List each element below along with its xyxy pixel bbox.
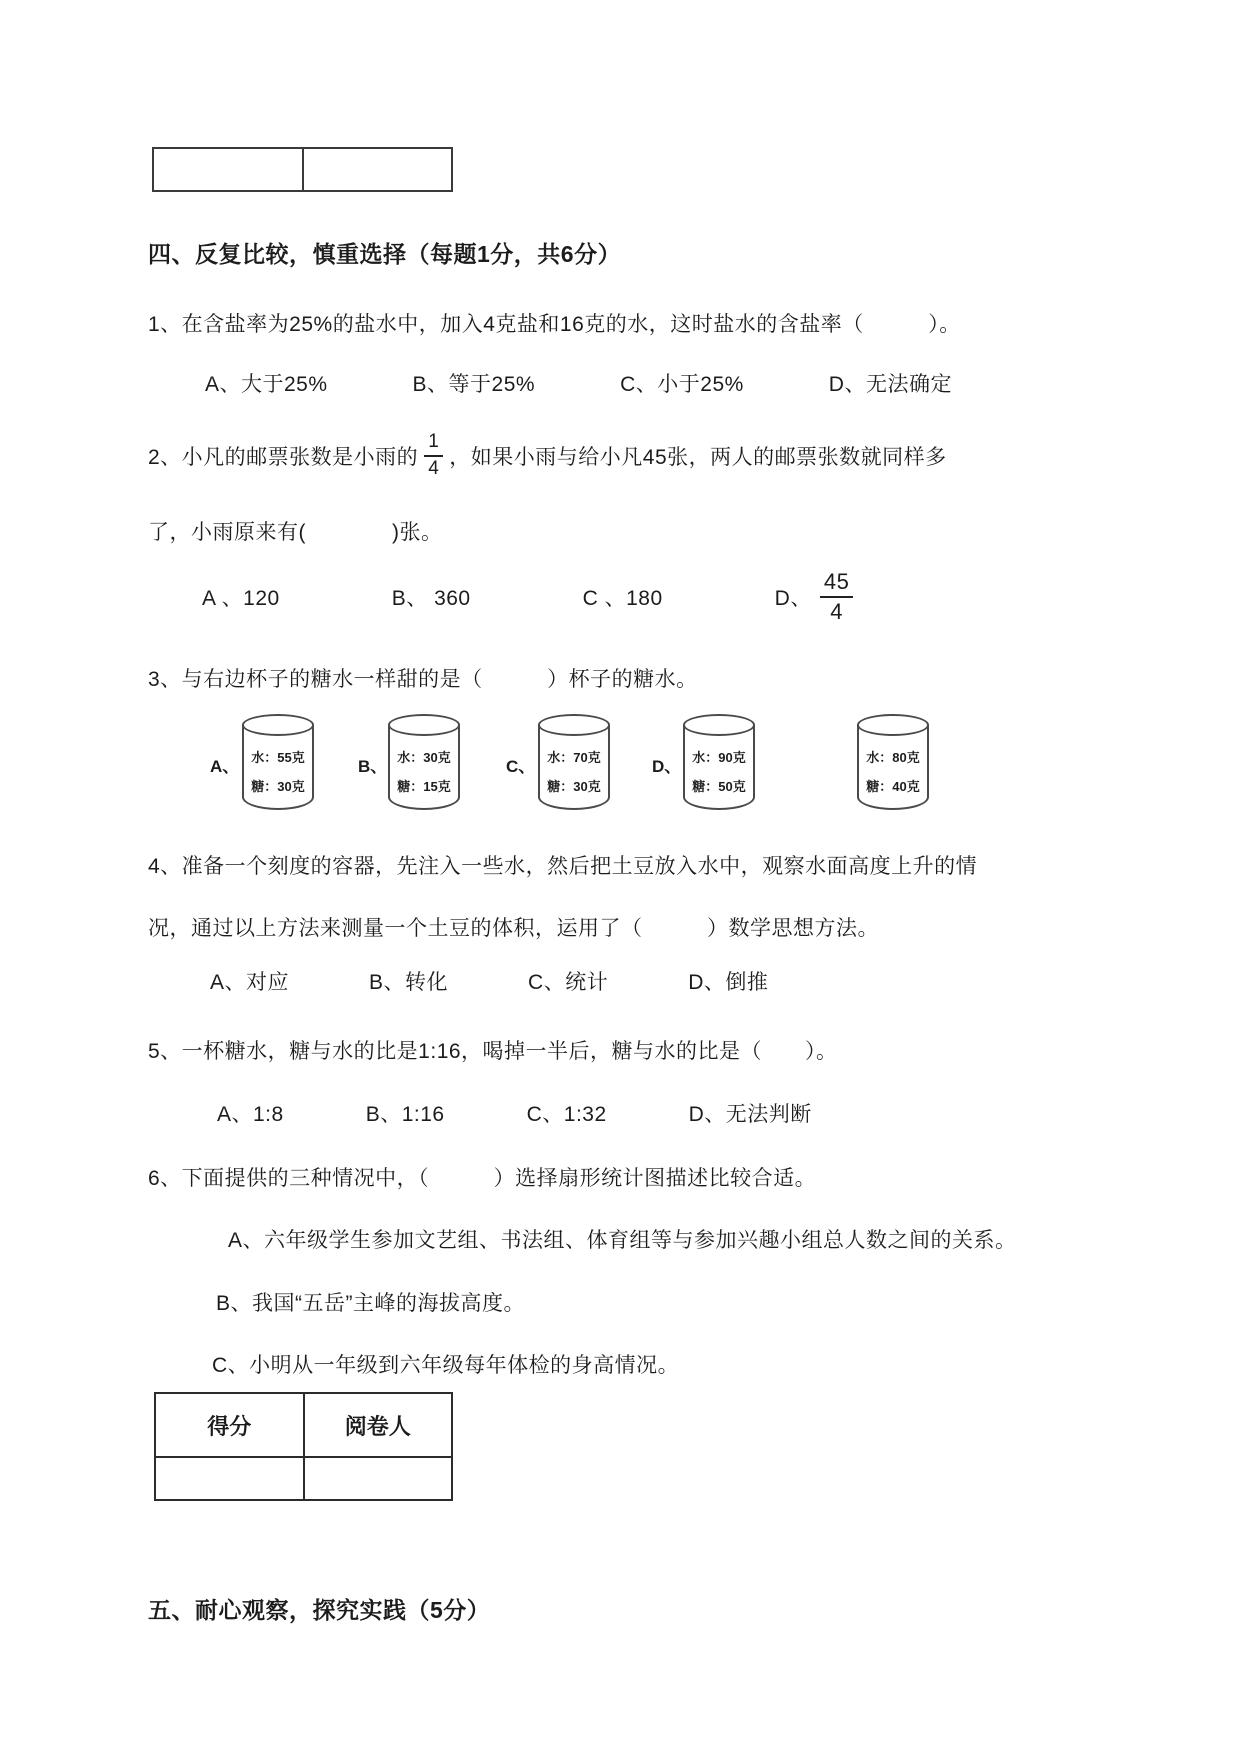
question-4-options: A、对应 B、转化 C、统计 D、倒推 <box>210 966 768 996</box>
q4-option-d: D、倒推 <box>688 966 768 996</box>
cup-a-label: A、 <box>210 752 239 777</box>
score-header-cell: 得分 <box>156 1394 305 1456</box>
cup-reference-sugar: 糖：40克 <box>866 779 919 794</box>
top-empty-cell-2 <box>304 149 452 190</box>
top-empty-table <box>152 147 453 192</box>
cup-b-rim <box>388 714 460 736</box>
cup-b-label: B、 <box>358 752 387 777</box>
cup-a-water: 水：55克 <box>251 750 304 765</box>
q2-option-d: D、 454 <box>775 569 860 626</box>
score-table-body-row <box>156 1458 451 1499</box>
q6-option-b: B、我国“五岳”主峰的海拔高度。 <box>216 1287 525 1317</box>
question-2-options: A 、120 B、 360 C 、180 D、 454 <box>202 552 859 642</box>
cup-c-water: 水：70克 <box>547 750 600 765</box>
question-4-line2: 况，通过以上方法来测量一个土豆的体积，运用了（ ）数学思想方法。 <box>148 912 879 942</box>
cup-d-water: 水：90克 <box>692 750 745 765</box>
fraction-45-4: 454 <box>820 569 853 626</box>
cup-a-rim <box>242 714 314 736</box>
cup-c-diagram: 水：70克糖：30克 <box>538 714 610 810</box>
question-6-text: 6、下面提供的三种情况中，（ ）选择扇形统计图描述比较合适。 <box>148 1162 816 1192</box>
q2-option-d-label: D、 <box>775 582 812 612</box>
q5-option-a: A、1:8 <box>217 1098 284 1128</box>
q2-text-before: 2、小凡的邮票张数是小雨的 <box>148 441 418 471</box>
cup-a-diagram: 水：55克糖：30克 <box>242 714 314 810</box>
q5-option-c: C、1:32 <box>527 1098 607 1128</box>
q2-option-a: A 、120 <box>202 582 280 612</box>
top-empty-cell-1 <box>154 149 304 190</box>
cup-d-label: D、 <box>652 752 681 777</box>
q2-text-after: ，如果小雨与给小凡45张，两人的邮票张数就同样多 <box>449 441 946 471</box>
question-5-options: A、1:8 B、1:16 C、1:32 D、无法判断 <box>217 1098 812 1128</box>
cup-reference-water: 水：80克 <box>866 750 919 765</box>
cup-d-rim <box>683 714 755 736</box>
section-five-title: 五、耐心观察，探究实践（5分） <box>148 1592 490 1625</box>
cup-d-sugar: 糖：50克 <box>692 779 745 794</box>
q4-option-c: C、统计 <box>528 966 608 996</box>
q1-option-c: C、小于25% <box>620 368 744 398</box>
score-table: 得分 阅卷人 <box>154 1392 453 1501</box>
cup-reference-rim <box>857 714 929 736</box>
cup-a-sugar: 糖：30克 <box>251 779 304 794</box>
score-table-header-row: 得分 阅卷人 <box>156 1394 451 1458</box>
cup-c-rim <box>538 714 610 736</box>
score-value-cell <box>156 1458 305 1499</box>
q5-option-b: B、1:16 <box>366 1098 445 1128</box>
question-3-text: 3、与右边杯子的糖水一样甜的是（ ）杯子的糖水。 <box>148 663 698 693</box>
q1-option-d: D、无法确定 <box>829 368 952 398</box>
section-four-title: 四、反复比较，慎重选择（每题1分，共6分） <box>148 236 621 269</box>
question-2-line1: 2、小凡的邮票张数是小雨的 14 ，如果小雨与给小凡45张，两人的邮票张数就同样… <box>148 420 947 492</box>
cup-b-diagram: 水：30克糖：15克 <box>388 714 460 810</box>
cup-reference-diagram: 水：80克糖：40克 <box>857 714 929 810</box>
fraction-one-fourth: 14 <box>424 431 443 481</box>
question-1-options: A、大于25% B、等于25% C、小于25% D、无法确定 <box>205 368 952 398</box>
q2-option-b: B、 360 <box>392 582 471 612</box>
question-4-line1: 4、准备一个刻度的容器，先注入一些水，然后把土豆放入水中，观察水面高度上升的情 <box>148 850 977 880</box>
q5-option-d: D、无法判断 <box>689 1098 812 1128</box>
cup-c-label: C、 <box>506 752 535 777</box>
cup-c-sugar: 糖：30克 <box>547 779 600 794</box>
question-2-line2: 了，小雨原来有( )张。 <box>148 516 443 546</box>
cup-d-diagram: 水：90克糖：50克 <box>683 714 755 810</box>
question-5-text: 5、一杯糖水，糖与水的比是1:16，喝掉一半后，糖与水的比是（ ）。 <box>148 1035 838 1065</box>
q1-option-a: A、大于25% <box>205 368 328 398</box>
q6-option-a: A、六年级学生参加文艺组、书法组、体育组等与参加兴趣小组总人数之间的关系。 <box>228 1224 1017 1254</box>
question-1-text: 1、在含盐率为25%的盐水中，加入4克盐和16克的水，这时盐水的含盐率（ ）。 <box>148 308 961 338</box>
grader-header-cell: 阅卷人 <box>305 1394 452 1456</box>
exam-page: { "tables": { "top_empty": { "cells": ["… <box>0 0 1241 1755</box>
grader-value-cell <box>305 1458 452 1499</box>
cup-b-sugar: 糖：15克 <box>397 779 450 794</box>
q6-option-c: C、小明从一年级到六年级每年体检的身高情况。 <box>212 1349 679 1379</box>
cup-b-water: 水：30克 <box>397 750 450 765</box>
q4-option-a: A、对应 <box>210 966 289 996</box>
q1-option-b: B、等于25% <box>413 368 536 398</box>
q2-option-c: C 、180 <box>583 582 663 612</box>
q4-option-b: B、转化 <box>369 966 448 996</box>
